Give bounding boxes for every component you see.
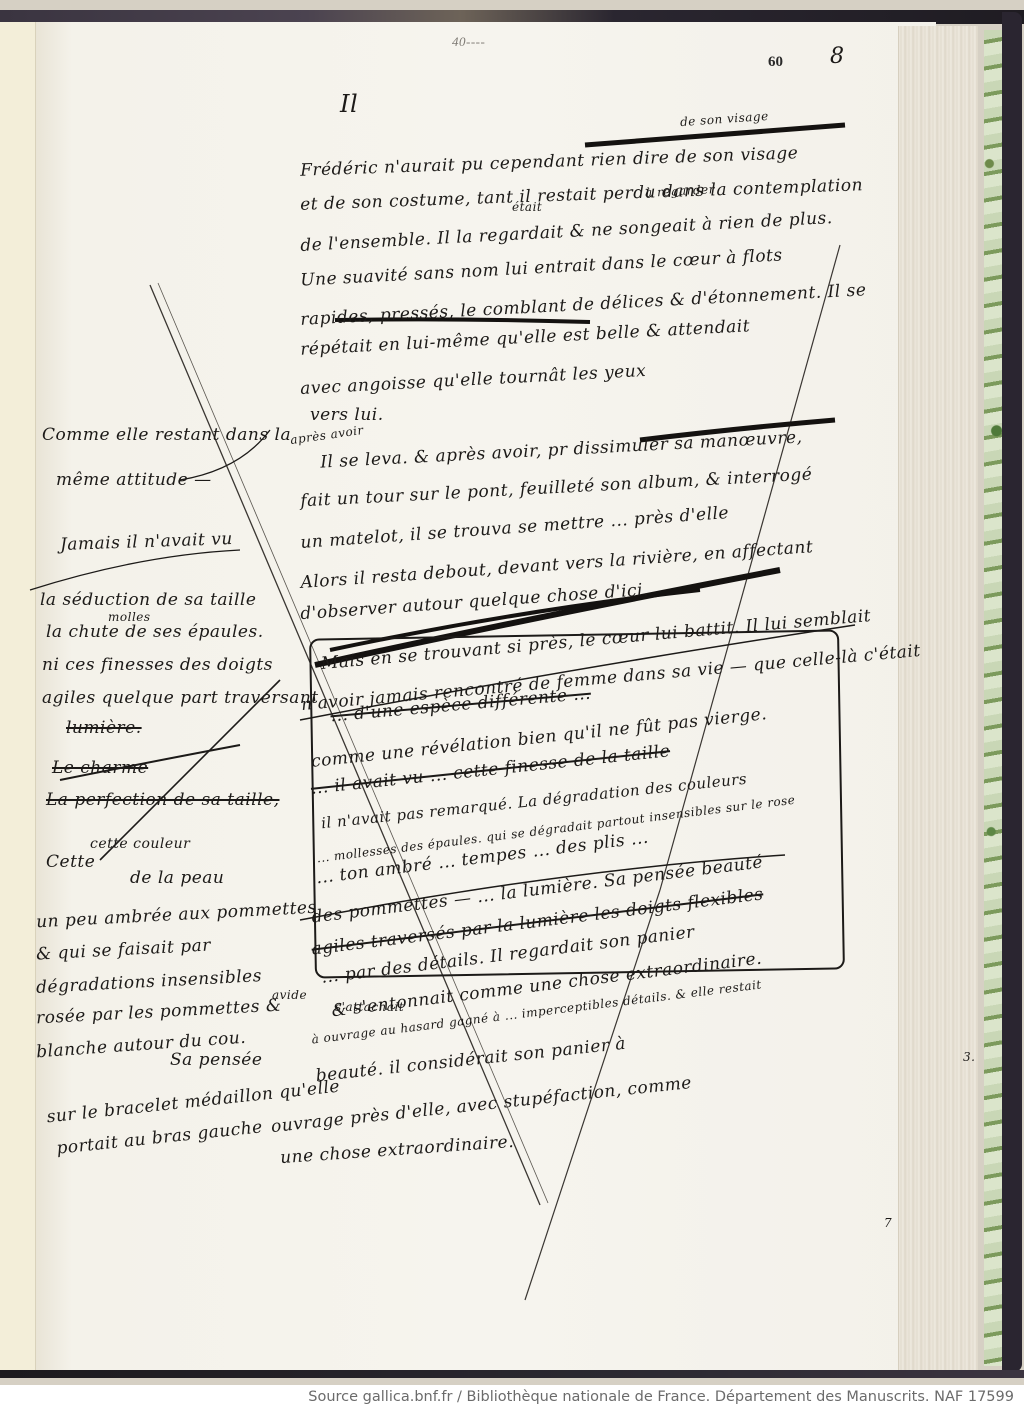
insertion: s'attachait [335, 1000, 404, 1014]
margin-line: cette couleur [90, 836, 190, 852]
manuscript-scan: 40---- 60 8 Frédéric n'aurait pu cependa… [0, 0, 1024, 1385]
margin-line: la séduction de sa taille [40, 590, 256, 610]
insertion: Il [340, 90, 358, 118]
source-caption: Source gallica.bnf.fr / Bibliothèque nat… [0, 1388, 1024, 1415]
text-line: vers lui. [310, 405, 384, 425]
margin-line: agiles quelque part traversant [42, 688, 319, 708]
margin-line: Sa pensée [170, 1050, 262, 1070]
margin-line-deleted: Le charme [52, 758, 148, 778]
margin-line-deleted: lumière. [66, 718, 142, 738]
margin-line: de la peau [130, 868, 224, 888]
margin-line: la chute de ses épaules. [46, 622, 264, 642]
margin-line-deleted: La perfection de sa taille, [46, 790, 279, 810]
margin-line: même attitude — [56, 470, 212, 490]
margin-line: Cette [46, 852, 95, 872]
edge-mark: 3. [963, 1050, 975, 1064]
edge-mark: 7 [884, 1216, 892, 1230]
insertion: était [512, 200, 542, 214]
margin-line: ni ces finesses des doigts [42, 655, 273, 675]
margin-line: Comme elle restant dans la [42, 425, 291, 445]
